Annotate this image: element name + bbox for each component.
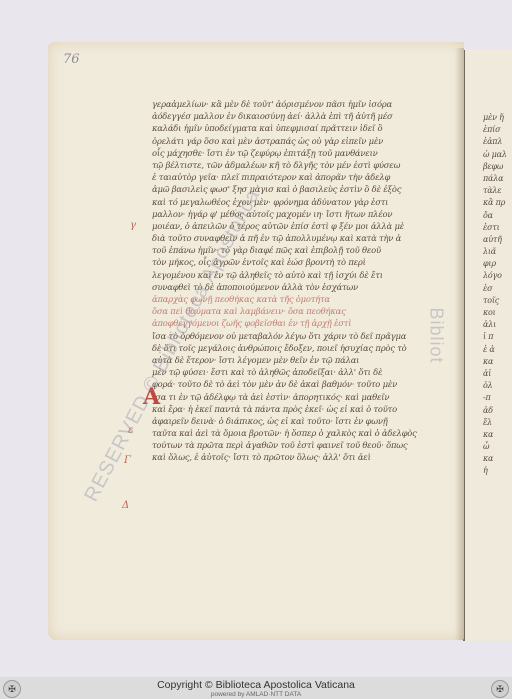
manuscript-line: ταῦτα καὶ ἀεὶ τὰ ὅμοια βροτῶν· ἡ ὅσπερ ὁ… (152, 427, 442, 439)
right-page-text: μὲν ἥἐπίσἐἀπλὡ μαλβεφωπάλατὰλεκἂ πρὄαἐστ… (483, 112, 512, 478)
manuscript-line: μὲν τῷ φύσει· ἔστι καὶ τὸ ἀληθῶς ἀποδεῖξ… (152, 366, 442, 378)
right-page-line: ἀἰ (483, 368, 512, 380)
powered-by-text: powered by AMLAD·NTT DATA (0, 691, 512, 699)
manuscript-line: καὶ ἔρα· ἡ ἐκεῖ παντὰ τὰ πάντα πρὸς ἐκεῖ… (152, 403, 442, 415)
manuscript-line: ὀρελάτι γάρ ὅσο καὶ μὲν ἀστραπάς ὡς οὐ γ… (152, 135, 442, 147)
manuscript-line: τὸν μήκος, οἷς ἀγρῶν ἐντοῖς καὶ ἑώσ βρον… (152, 256, 442, 268)
right-page-line: ἐστι (483, 222, 512, 234)
manuscript-line: δὲ ὅτι τοῖς μεγάλοις ἀνθρώποις ἔδοξεν, π… (152, 342, 442, 354)
right-page-line: ὄα (483, 210, 512, 222)
manuscript-line: μαλλον· ἡγάρ φ' μέθος αὐτοῖς μαχομέν ιη·… (152, 208, 442, 220)
manuscript-line: οἷς μάχησθε· ἴστι ἐν τῷ ζεφύρῳ ἐπιτάξῃ τ… (152, 147, 442, 159)
manuscript-line: ἀφαιρεῖν δεινὰ· ὁ διάπικος, ὡς εἰ καὶ το… (152, 415, 442, 427)
right-page-line: βεφω (483, 161, 512, 173)
manuscript-line: ἴσα τὸ ὁρθόμενον οὐ μεταβαλόν λέγω ὅτι χ… (152, 330, 442, 342)
right-page-line: ἐσ (483, 283, 512, 295)
manuscript-line: τούτων τὰ πρῶτα περὶ ἀγαθῶν τοῦ ἐστὶ φαι… (152, 439, 442, 451)
margin-mark: Δ (122, 500, 129, 511)
manuscript-line: ἴσα τι ἐν τῷ ἀδέλφῳ τὰ ἀεὶ ἐστὶν· ἀπορητ… (152, 391, 442, 403)
right-page-line: αὐτῆ (483, 234, 512, 246)
manuscript-line: μοιέαν, ὁ ἀπειλῶν ὁ τέρος αὐτῶν ἐπίσ ἐστ… (152, 220, 442, 232)
right-page-line: ἐἀπλ (483, 136, 512, 148)
right-page-line: ἐ ἀ (483, 344, 512, 356)
right-page-line: ἀλι (483, 319, 512, 331)
right-page-line: ὀλ (483, 380, 512, 392)
manuscript-line: διὰ τοῦτο συναφθεῖν ἀ πῆ ἐν τῷ ἀπολλυμέν… (152, 232, 442, 244)
manuscript-line: φορά· τοῦτο δὲ τὸ ἀεὶ τὸν μὲν ἀν δὲ ἀκαὶ… (152, 378, 442, 390)
right-page-line: κα (483, 356, 512, 368)
right-page-line: ἐπίσ (483, 124, 512, 136)
manuscript-line: καλάδι ἡμῖν ὑποδείγματα καὶ ὑπεφμισαί πρ… (152, 122, 442, 134)
right-page-line: κα (483, 453, 512, 465)
right-page-line: -π (483, 392, 512, 404)
papal-coat-of-arms-icon: ✠ (491, 680, 509, 698)
manuscript-line: αὐτὰ δὲ ἕτερον· ἴστι λέγομεν μὲν θεῖν ἐν… (152, 354, 442, 366)
manuscript-line: τοῦ ἐπάνω ἡμῖν· τὸ γὰρ διαφέ πῶς καὶ ἐπι… (152, 244, 442, 256)
right-page-line: τοῖς (483, 295, 512, 307)
watermark-right: Bibliot (426, 307, 447, 363)
right-page-line: λόγο (483, 270, 512, 282)
footer: ✠ Copyright © Biblioteca Apostolica Vati… (0, 677, 512, 699)
right-page-line: φιρ (483, 258, 512, 270)
right-page-line: κἂ πρ (483, 197, 512, 209)
gutter-shadow (455, 48, 464, 640)
right-page-line: τὰλε (483, 185, 512, 197)
right-page-line: πάλα (483, 173, 512, 185)
right-page-line: ὦ (483, 441, 512, 453)
image-viewer[interactable]: μὲν ἥἐπίσἐἀπλὡ μαλβεφωπάλατὰλεκἂ πρὄαἐστ… (0, 0, 512, 677)
manuscript-line: ἀμῶ βασιλεὶς φωσ' ξησ μὰγισ καὶ ὁ βασιλε… (152, 183, 442, 195)
right-page-line: κα (483, 429, 512, 441)
manuscript-line: ἐ ταιαὐτὸρ γεῖα· πλεῖ πιπραιότερον καὶ ἀ… (152, 171, 442, 183)
manuscript-line: γεραἀμελίων· κἂ μὲν δὲ τοῦτ' ἀόρισμένον … (152, 98, 442, 110)
right-page-line: ἡ (483, 465, 512, 477)
margin-mark: γ (130, 220, 136, 231)
manuscript-line: τῷ βέλτιστε, τῶν ἀδμαλέων κῆ τὸ δλγῆς τὸ… (152, 159, 442, 171)
manuscript-line: καὶ τό μεγαλωθέος ἐχον μὲν· φρόνημα ἀδύν… (152, 196, 442, 208)
papal-coat-of-arms-icon: ✠ (3, 680, 21, 698)
manuscript-line: ἀόδεγγέσ μαλλον ἐν δικαιοσύνῃ ἀεί· ἀλλὰ … (152, 110, 442, 122)
right-page-line: κοι (483, 307, 512, 319)
right-page-line: ἰ π (483, 331, 512, 343)
right-page-line: ἕλ (483, 417, 512, 429)
right-page-line: ἀδ (483, 405, 512, 417)
right-page-line: μὲν ἥ (483, 112, 512, 124)
copyright-text: Copyright © Biblioteca Apostolica Vatica… (0, 677, 512, 691)
right-page-line: ὡ μαλ (483, 149, 512, 161)
right-page-line: λιᾶ (483, 246, 512, 258)
right-page-edge: μὲν ἥἐπίσἐἀπλὡ μαλβεφωπάλατὰλεκἂ πρὄαἐστ… (463, 50, 512, 641)
folio-number: 76 (63, 52, 80, 67)
manuscript-line: καὶ ὅλως, ἐ ἀὐτοῖς· ἴστι τὸ πρῶτον ὅλως·… (152, 451, 442, 463)
